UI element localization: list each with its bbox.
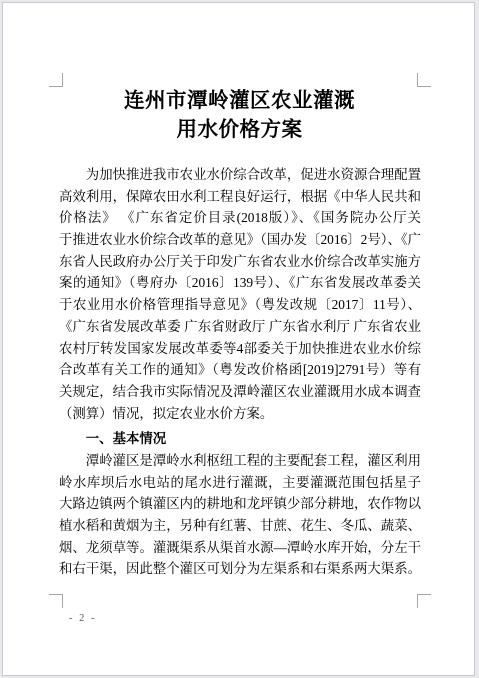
document-body: 为加快推进我市农业水价综合改革，促进水资源合理配置和高效利用，保障农田水利工程良…	[59, 164, 421, 580]
body-line: 东省人民政府办公厅关于印发广东省农业水价综合改革实施方	[59, 251, 421, 273]
body-line: 岭水库坝后水电站的尾水进行灌溉，主要灌溉范围包括星子镇、	[59, 472, 421, 494]
text-boundary-mark-bottom-right	[417, 594, 431, 608]
body-line: 于推进农业水价综合改革的意见》（国办发〔2016〕2号）、《广	[59, 229, 421, 251]
body-line: （测算）情况，拟定农业水价方案。	[59, 403, 421, 425]
body-line: 烟、龙须草等。灌溉渠系从渠首水源—潭岭水库开始，分左干渠	[59, 537, 421, 559]
body-line: 合改革有关工作的通知》（粤发改价格函[2019]2791号）等有	[59, 359, 421, 381]
body-line: 潭岭灌区是潭岭水利枢纽工程的主要配套工程，灌区利用潭	[59, 450, 421, 472]
body-line: 和右干渠，因此整个灌区可划分为左渠系和右渠系两大渠系。左、	[59, 558, 421, 580]
body-line: 案的通知》（粤府办〔2016〕139号）、《广东省发展改革委关	[59, 272, 421, 294]
document-title: 连州市潭岭灌区农业灌溉 用水价格方案	[3, 87, 476, 145]
body-line: 关规定，结合我市实际情况及潭岭灌区农业灌溉用水成本调查	[59, 381, 421, 403]
body-line: 为加快推进我市农业水价综合改革，促进水资源合理配置和	[59, 164, 421, 186]
body-line: 农村厅转发国家发展改革委等4部委关于加快推进农业水价综	[59, 338, 421, 360]
document-title-line1: 连州市潭岭灌区农业灌溉	[3, 87, 476, 116]
body-line: 高效利用，保障农田水利工程良好运行，根据《中华人民共和国	[59, 186, 421, 208]
text-boundary-mark-top-left	[49, 73, 63, 87]
section-heading: 一、基本情况	[59, 428, 421, 450]
text-boundary-mark-top-right	[417, 73, 431, 87]
body-line: 大路边镇两个镇灌区内的耕地和龙坪镇少部分耕地，农作物以种	[59, 493, 421, 515]
page-number: - 2 -	[69, 613, 97, 624]
body-line: 《广东省发展改革委 广东省财政厅 广东省水利厅 广东省农业	[59, 316, 421, 338]
text-boundary-mark-bottom-left	[49, 594, 63, 608]
document-page: 连州市潭岭灌区农业灌溉 用水价格方案 为加快推进我市农业水价综合改革，促进水资源…	[2, 2, 475, 676]
body-line: 价格法》 《广东省定价目录(2018版）》、《国务院办公厅关	[59, 207, 421, 229]
document-title-line2: 用水价格方案	[3, 116, 476, 145]
body-line: 植水稻和黄烟为主，另种有红薯、甘蔗、花生、冬瓜、蔬菜、黄	[59, 515, 421, 537]
body-line: 于农业用水价格管理指导意见》（粤发改规〔2017〕11号）、	[59, 294, 421, 316]
